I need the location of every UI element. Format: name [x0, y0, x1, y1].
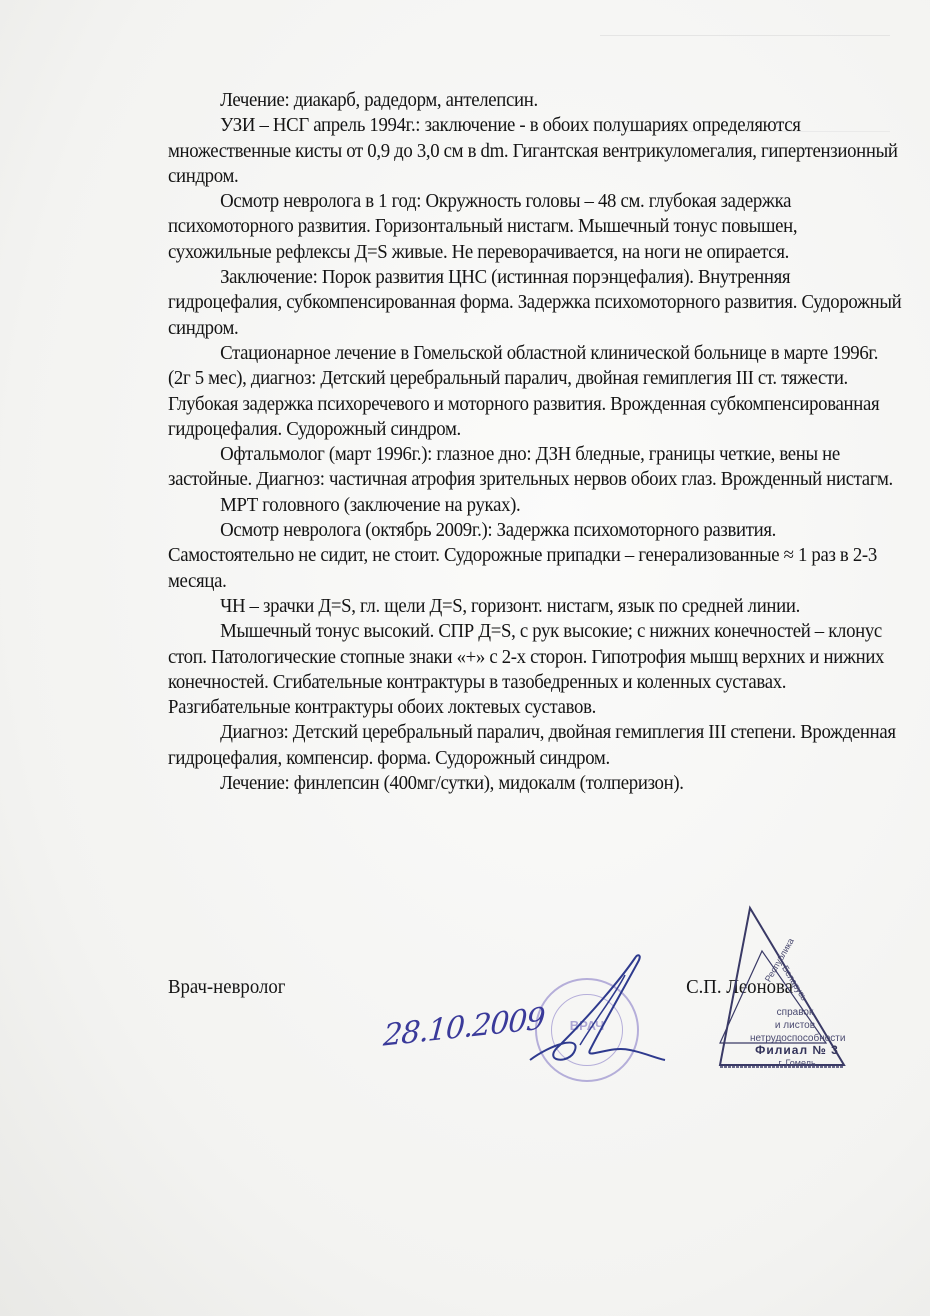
doctor-position: Врач-невролог	[168, 975, 285, 1000]
stamp-city: г. Гомель	[752, 1058, 842, 1068]
paragraph-diagnosis: Диагноз: Детский церебральный паралич, д…	[168, 720, 903, 771]
paragraph-mri: МРТ головного (заключение на руках).	[168, 493, 903, 518]
paragraph-conclusion: Заключение: Порок развития ЦНС (истинная…	[168, 265, 903, 341]
paragraph-muscle-tone: Мышечный тонус высокий. СПР Д=S, с рук в…	[168, 619, 903, 720]
paragraph-inpatient-1996: Стационарное лечение в Гомельской област…	[168, 341, 903, 442]
stamp-line-2: и листов	[750, 1019, 840, 1032]
document-body: Лечение: диакарб, радедорм, антелепсин. …	[168, 88, 903, 796]
paragraph-treatment-current: Лечение: финлепсин (400мг/сутки), мидока…	[168, 771, 903, 796]
paragraph-cranial-nerves: ЧН – зрачки Д=S, гл. щели Д=S, горизонт.…	[168, 594, 903, 619]
paragraph-neuro-exam-2009: Осмотр невролога (октябрь 2009г.): Задер…	[168, 518, 903, 594]
paragraph-treatment-early: Лечение: диакарб, радедорм, антелепсин.	[168, 88, 903, 113]
paragraph-ultrasound-1994: УЗИ – НСГ апрель 1994г.: заключение - в …	[168, 113, 903, 189]
handwritten-signature-icon	[520, 950, 670, 1070]
stamp-line-1: справок	[750, 1006, 840, 1019]
paragraph-ophthalmologist: Офтальмолог (март 1996г.): глазное дно: …	[168, 442, 903, 493]
signature-row: Врач-невролог С.П. Леонова	[168, 975, 793, 1000]
stamp-branch: Филиал № 3	[752, 1043, 842, 1057]
paragraph-neuro-exam-1-year: Осмотр невролога в 1 год: Окружность гол…	[168, 189, 903, 265]
stamp-inner-text: справок и листов нетрудоспособности	[750, 1006, 840, 1045]
